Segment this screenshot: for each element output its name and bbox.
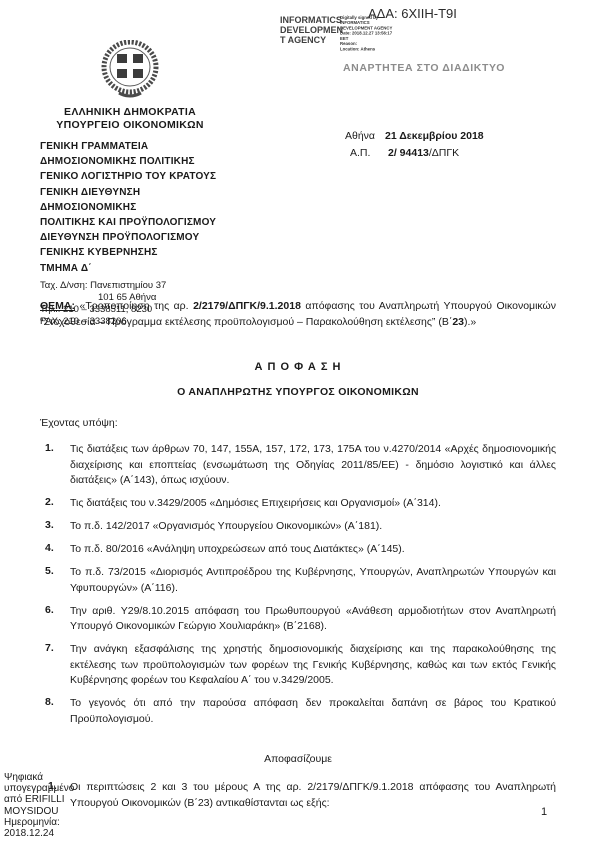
greek-republic-emblem-icon	[95, 40, 165, 102]
digital-signature-stamp: INFORMATICSDEVELOPMENT AGENCY Digitally …	[280, 15, 560, 92]
consideration-item: 4. Το π.δ. 80/2016 «Ανάληψη υποχρεώσεων …	[40, 542, 556, 558]
stamp-detail-line: Location: Athens	[340, 47, 446, 52]
consideration-text: Τις διατάξεις των άρθρων 70, 147, 155Α, …	[70, 442, 556, 489]
consideration-item: 5. Το π.δ. 73/2015 «Διορισμός Αντιπροέδρ…	[40, 565, 556, 596]
decision-heading: Α Π Ο Φ Α Σ Η	[40, 361, 556, 373]
signature-line: Ψηφιακά	[4, 772, 74, 783]
consideration-text: Τις διατάξεις του ν.3429/2005 «Δημόσιες …	[70, 496, 556, 512]
considerations-list: 1. Τις διατάξεις των άρθρων 70, 147, 155…	[40, 442, 556, 727]
decide-heading: Αποφασίζουμε	[40, 753, 556, 765]
consideration-number: 7.	[40, 642, 70, 689]
subject-gazette-number: 23	[452, 316, 464, 328]
consideration-item: 3. Το π.δ. 142/2017 «Οργανισμός Υπουργεί…	[40, 519, 556, 535]
issue-date-row: Αθήνα 21 Δεκεμβρίου 2018	[345, 128, 484, 145]
department-line: ΠΟΛΙΤΙΚΗΣ ΚΑΙ ΠΡΟΫΠΟΛΟΓΙΣΜΟΥ	[40, 215, 220, 230]
stamp-signature-details: Digitally signed byINFORMATICSDEVELOPMEN…	[340, 15, 446, 52]
consideration-number: 2.	[40, 496, 70, 512]
subject-reference: 2/2179/ΔΠΓΚ/9.1.2018	[193, 300, 301, 312]
consideration-number: 1.	[40, 442, 70, 489]
department-line: ΓΕΝΙΚΗ ΓΡΑΜΜΑΤΕΙΑ	[40, 139, 220, 154]
protocol-number: 2/ 94413	[385, 145, 429, 162]
stamp-agency-line: INFORMATICS	[280, 15, 338, 25]
operative-item: 1. Οι περιπτώσεις 2 και 3 του μέρους Α τ…	[40, 780, 556, 811]
ministry-title: ΥΠΟΥΡΓΕΙΟ ΟΙΚΟΝΟΜΙΚΩΝ	[40, 119, 220, 132]
signature-line: MOYSIDOU	[4, 806, 74, 817]
consideration-number: 3.	[40, 519, 70, 535]
operative-text: Οι περιπτώσεις 2 και 3 του μέρους Α της …	[70, 780, 556, 811]
subject-text-end: ).»	[464, 316, 476, 328]
publish-on-web-note: ΑΝΑΡΤΗΤΕΑ ΣΤΟ ΔΙΑΔΙΚΤΥΟ	[343, 62, 505, 74]
consideration-text: Το π.δ. 80/2016 «Ανάληψη υποχρεώσεων από…	[70, 542, 556, 558]
signature-line: υπογεγραμμένο	[4, 783, 74, 794]
stamp-agency-name: INFORMATICSDEVELOPMENT AGENCY	[280, 15, 338, 92]
page-number: 1	[541, 806, 547, 818]
document-body: ΘΕΜΑ: «Τροποποίηση της αρ. 2/2179/ΔΠΓΚ/9…	[40, 298, 556, 811]
department-line: ΤΜΗΜΑ Δ΄	[40, 261, 220, 276]
consideration-item: 6. Την αριθ. Υ29/8.10.2015 απόφαση του Π…	[40, 604, 556, 635]
department-line: ΔΗΜΟΣΙΟΝΟΜΙΚΗΣ ΠΟΛΙΤΙΚΗΣ	[40, 154, 220, 169]
consideration-text: Το π.δ. 73/2015 «Διορισμός Αντιπροέδρου …	[70, 565, 556, 596]
protocol-row: Α.Π. 2/ 94413 /ΔΠΓΚ	[345, 145, 484, 162]
consideration-number: 4.	[40, 542, 70, 558]
department-line: ΓΕΝΙΚΗΣ ΚΥΒΕΡΝΗΣΗΣ	[40, 245, 220, 260]
consideration-number: 5.	[40, 565, 70, 596]
consideration-item: 8. Το γεγονός ότι από την παρούσα απόφασ…	[40, 696, 556, 727]
consideration-text: Την ανάγκη εξασφάλισης της χρηστής δημοσ…	[70, 642, 556, 689]
republic-title: ΕΛΛΗΝΙΚΗ ΔΗΜΟΚΡΑΤΙΑ	[40, 106, 220, 119]
consideration-item: 1. Τις διατάξεις των άρθρων 70, 147, 155…	[40, 442, 556, 489]
protocol-suffix: /ΔΠΓΚ	[429, 145, 459, 162]
consideration-text: Το π.δ. 142/2017 «Οργανισμός Υπουργείου …	[70, 519, 556, 535]
issuing-authority-header: ΕΛΛΗΝΙΚΗ ΔΗΜΟΚΡΑΤΙΑ ΥΠΟΥΡΓΕΙΟ ΟΙΚΟΝΟΜΙΚΩ…	[40, 40, 220, 328]
signature-line: Ημερομηνία:	[4, 817, 74, 828]
having-regard-label: Έχοντας υπόψη:	[40, 417, 556, 429]
consideration-number: 6.	[40, 604, 70, 635]
department-line: ΔΙΕΥΘΥΝΣΗ ΠΡΟΫΠΟΛΟΓΙΣΜΟΥ	[40, 230, 220, 245]
consideration-item: 7. Την ανάγκη εξασφάλισης της χρηστής δη…	[40, 642, 556, 689]
department-line: ΓΕΝΙΚΟ ΛΟΓΙΣΤΗΡΙΟ ΤΟΥ ΚΡΑΤΟΥΣ	[40, 169, 220, 184]
digital-signature-footnote: Ψηφιακάυπογεγραμμένοαπό ERIFILLIMOYSIDOU…	[4, 772, 74, 839]
department-line: ΓΕΝΙΚΗ ΔΙΕΥΘΥΝΣΗ ΔΗΜΟΣΙΟΝΟΜΙΚΗΣ	[40, 185, 220, 215]
decision-authority: Ο ΑΝΑΠΛΗΡΩΤΗΣ ΥΠΟΥΡΓΟΣ ΟΙΚΟΝΟΜΙΚΩΝ	[40, 386, 556, 398]
signature-line: από ERIFILLI	[4, 794, 74, 805]
postal-address: Ταχ. Δ/νση: Πανεπιστημίου 37	[40, 280, 220, 292]
department-lines: ΓΕΝΙΚΗ ΓΡΑΜΜΑΤΕΙΑΔΗΜΟΣΙΟΝΟΜΙΚΗΣ ΠΟΛΙΤΙΚΗ…	[40, 139, 220, 276]
signature-line: 2018.12.24	[4, 828, 74, 839]
city-label: Αθήνα	[345, 128, 385, 145]
stamp-agency-line: T AGENCY	[280, 35, 338, 45]
subject-paragraph: ΘΕΜΑ: «Τροποποίηση της αρ. 2/2179/ΔΠΓΚ/9…	[40, 298, 556, 330]
document-page: ΑΔΑ: 6ΧΙΙΗ-Τ9Ι INFORMATICSDEVELOPMENT AG…	[0, 0, 595, 842]
subject-label: ΘΕΜΑ:	[40, 300, 75, 312]
protocol-label: Α.Π.	[345, 145, 385, 162]
consideration-text: Το γεγονός ότι από την παρούσα απόφαση δ…	[70, 696, 556, 727]
issue-date: 21 Δεκεμβρίου 2018	[385, 128, 484, 145]
consideration-number: 8.	[40, 696, 70, 727]
consideration-item: 2. Τις διατάξεις του ν.3429/2005 «Δημόσι…	[40, 496, 556, 512]
date-protocol-block: Αθήνα 21 Δεκεμβρίου 2018 Α.Π. 2/ 94413 /…	[345, 128, 484, 162]
consideration-text: Την αριθ. Υ29/8.10.2015 απόφαση του Πρωθ…	[70, 604, 556, 635]
stamp-agency-line: DEVELOPMEN	[280, 25, 338, 35]
subject-text-pre: «Τροποποίηση της αρ.	[75, 300, 193, 312]
